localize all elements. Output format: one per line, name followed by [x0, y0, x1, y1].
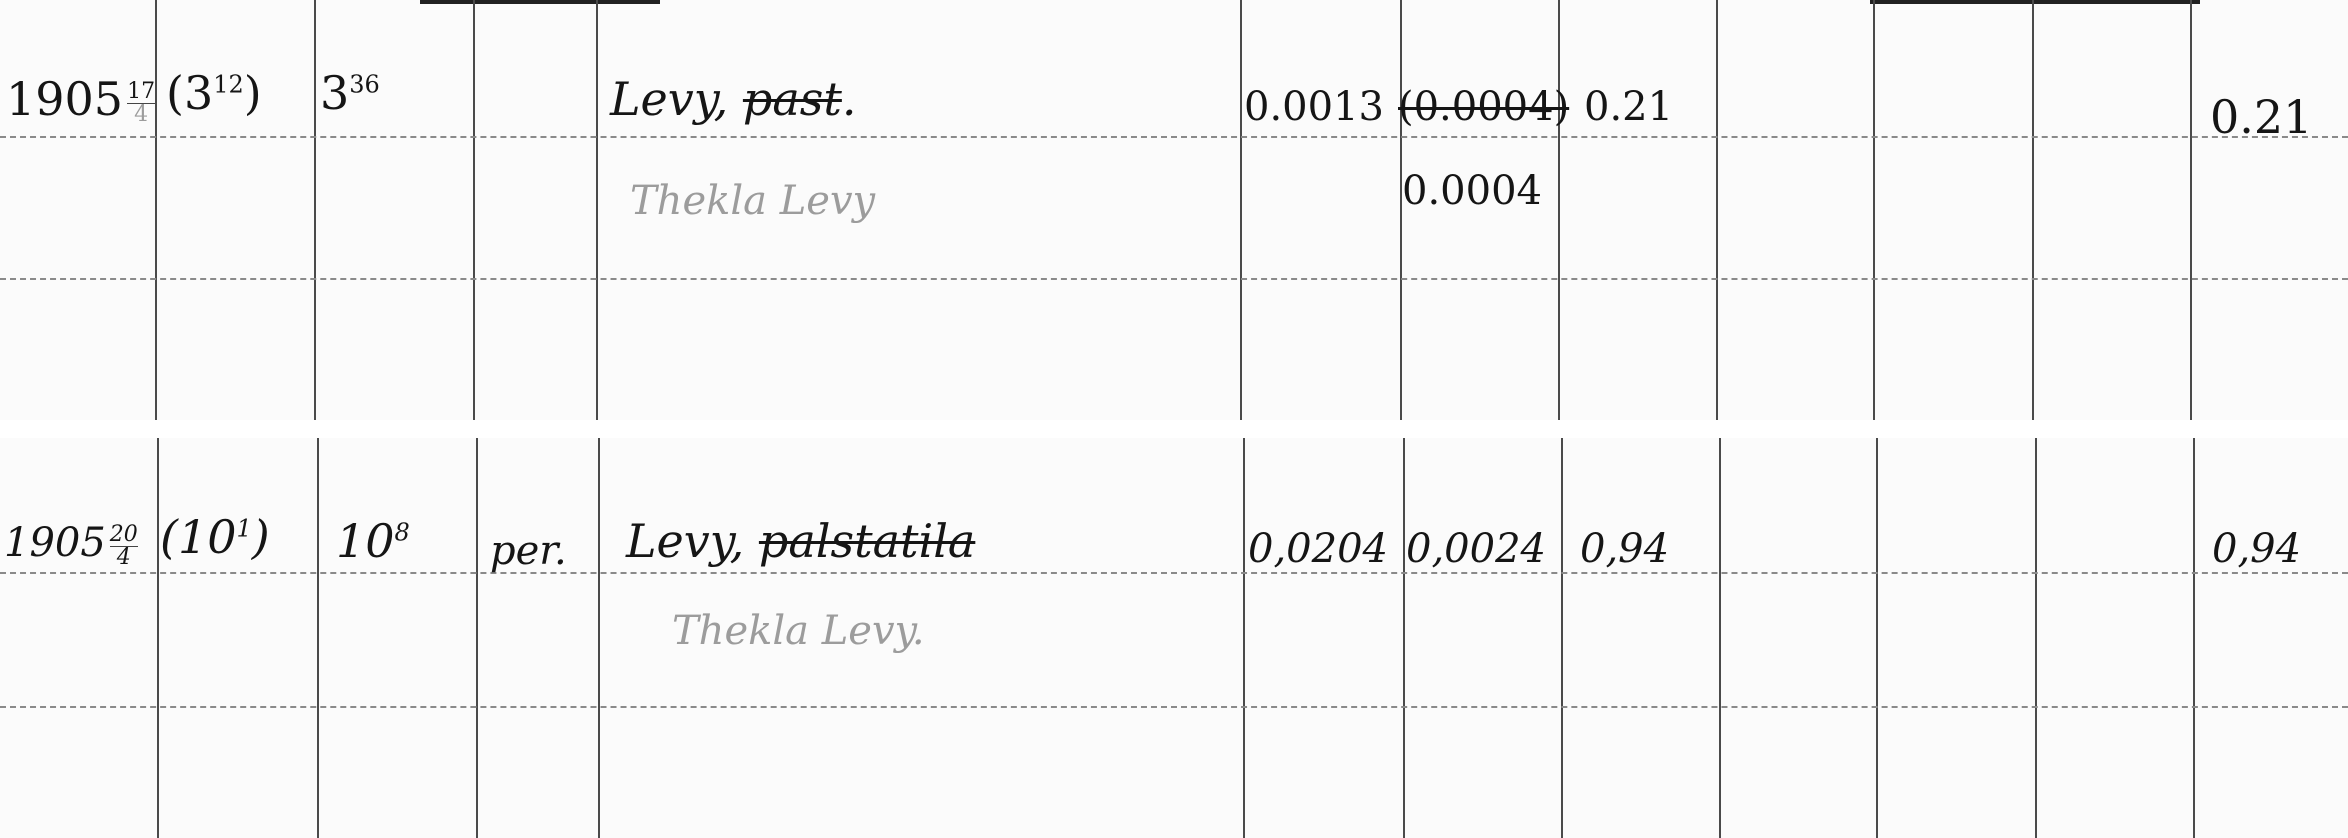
name-cell: Levy, palstatila [626, 514, 975, 568]
value-b-correction: 0.0004 [1402, 168, 1542, 214]
column-divider [1403, 438, 1405, 838]
ref-value: 10 [336, 514, 395, 568]
ref-paren-close: ) [244, 66, 262, 120]
row-rule [0, 136, 2348, 138]
column-divider [314, 0, 316, 420]
day-month-fraction: 204 [110, 524, 138, 569]
ref-paren-value: (10 [160, 510, 236, 564]
date-cell: 1905174 [6, 72, 155, 126]
ledger-card-2: 1905204 (101) 108 per. Levy, palstatila … [0, 438, 2348, 838]
month: 4 [127, 104, 155, 126]
column-divider [476, 438, 478, 838]
surname: Levy, [626, 514, 744, 568]
column-divider [1561, 438, 1563, 838]
ref-cell: 108 [336, 514, 410, 568]
total: 0,94 [2212, 526, 2301, 572]
column-divider [1873, 0, 1875, 420]
top-edge-mark [1870, 0, 2200, 4]
value-c: 0.21 [1584, 84, 1673, 130]
row-rule [0, 572, 2348, 574]
ref-paren-sup: 1 [236, 515, 251, 543]
column-divider [2032, 0, 2034, 420]
day-month-fraction: 174 [127, 81, 155, 126]
value-b: 0,0024 [1406, 526, 1546, 572]
column-divider [2193, 438, 2195, 838]
day: 20 [110, 524, 138, 547]
row-rule [0, 278, 2348, 280]
value-b-struck: (0.0004) [1398, 84, 1569, 130]
ref-paren-value: (3 [166, 66, 213, 120]
column-divider [2035, 438, 2037, 838]
column-divider [596, 0, 598, 420]
ref-paren-cell: (312) [166, 66, 262, 120]
name-cell: Levy, past. [610, 72, 856, 126]
column-divider [157, 438, 159, 838]
ref-sup: 8 [395, 519, 410, 547]
column-divider [1716, 0, 1718, 420]
month: 4 [110, 547, 138, 569]
ref-sup: 36 [349, 71, 380, 99]
ref-paren-cell: (101) [160, 510, 270, 564]
ref-paren-sup: 12 [213, 71, 244, 99]
value-c: 0,94 [1580, 526, 1669, 572]
row-rule [0, 706, 2348, 708]
top-edge-mark [420, 0, 660, 4]
type-cell: per. [490, 528, 567, 574]
occupation-struck: past [743, 72, 842, 126]
date-cell: 1905204 [4, 520, 138, 569]
column-divider [155, 0, 157, 420]
column-divider [473, 0, 475, 420]
surname: Levy, [610, 72, 728, 126]
ref-cell: 336 [320, 66, 380, 120]
ledger-card-1: 1905174 (312) 336 Levy, past. Thekla Lev… [0, 0, 2348, 420]
column-divider [317, 438, 319, 838]
ref-value: 3 [320, 66, 349, 120]
day: 17 [127, 81, 155, 104]
signature: Thekla Levy [630, 178, 875, 224]
column-divider [1876, 438, 1878, 838]
column-divider [1243, 438, 1245, 838]
occupation-struck: palstatila [759, 514, 975, 568]
occupation-suffix: . [842, 72, 857, 126]
year: 1905 [6, 72, 123, 126]
ref-paren-close: ) [252, 510, 270, 564]
total: 0.21 [2210, 90, 2312, 144]
value-a: 0,0204 [1248, 526, 1388, 572]
column-divider [1558, 0, 1560, 420]
column-divider [1719, 438, 1721, 838]
column-divider [598, 438, 600, 838]
column-divider [2190, 0, 2192, 420]
column-divider [1240, 0, 1242, 420]
signature: Thekla Levy. [672, 608, 925, 654]
year: 1905 [4, 520, 106, 566]
value-a: 0.0013 [1244, 84, 1384, 130]
